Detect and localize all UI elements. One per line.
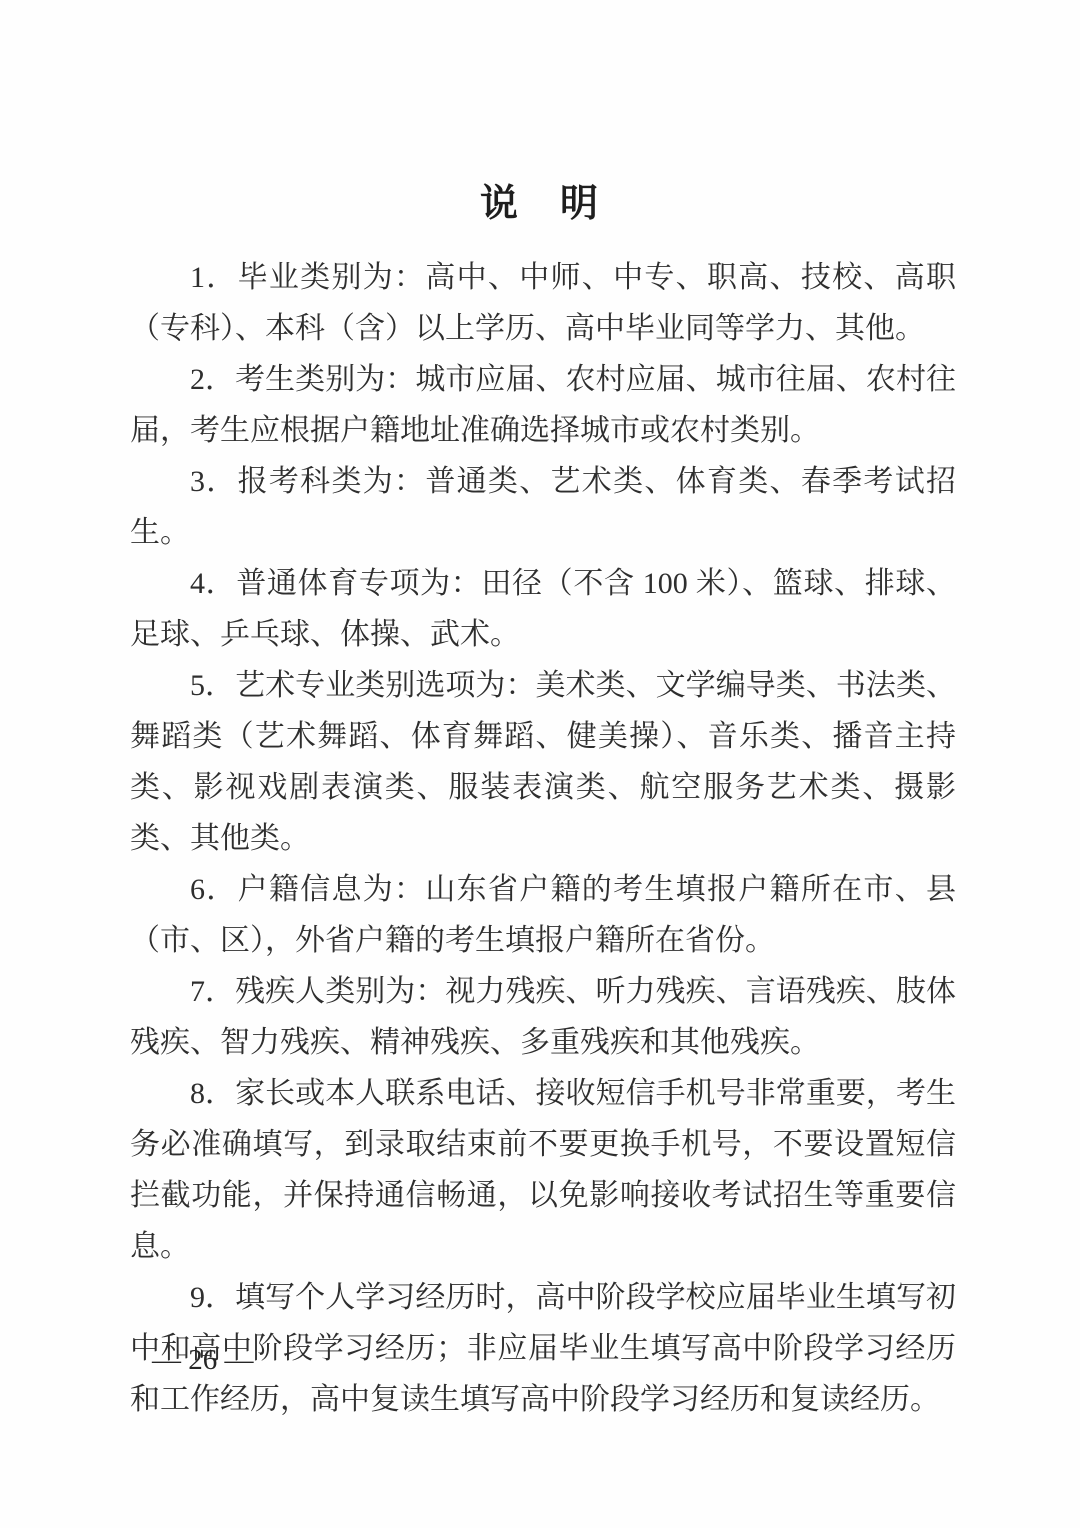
note-item-2: 2．考生类别为：城市应届、农村应届、城市往届、农村往届，考生应根据户籍地址准确选… — [130, 354, 956, 456]
note-item-7: 7．残疾人类别为：视力残疾、听力残疾、言语残疾、肢体残疾、智力残疾、精神残疾、多… — [130, 966, 956, 1068]
page-number: — 26 — — [152, 1343, 254, 1377]
note-item-5: 5．艺术专业类别选项为：美术类、文学编导类、书法类、舞蹈类（艺术舞蹈、体育舞蹈、… — [130, 660, 956, 864]
document-page: 说 明 1．毕业类别为：高中、中师、中专、职高、技校、高职（专科）、本科（含）以… — [0, 0, 1080, 1528]
note-item-1: 1．毕业类别为：高中、中师、中专、职高、技校、高职（专科）、本科（含）以上学历、… — [130, 252, 956, 354]
notes-list: 1．毕业类别为：高中、中师、中专、职高、技校、高职（专科）、本科（含）以上学历、… — [130, 252, 956, 1425]
note-item-4: 4．普通体育专项为：田径（不含 100 米）、篮球、排球、足球、乒乓球、体操、武… — [130, 558, 956, 660]
note-item-3: 3．报考科类为：普通类、艺术类、体育类、春季考试招生。 — [130, 456, 956, 558]
note-item-6: 6．户籍信息为：山东省户籍的考生填报户籍所在市、县（市、区），外省户籍的考生填报… — [130, 864, 956, 966]
page-title: 说 明 — [0, 182, 1080, 226]
note-item-8: 8．家长或本人联系电话、接收短信手机号非常重要，考生务必准确填写，到录取结束前不… — [130, 1068, 956, 1272]
